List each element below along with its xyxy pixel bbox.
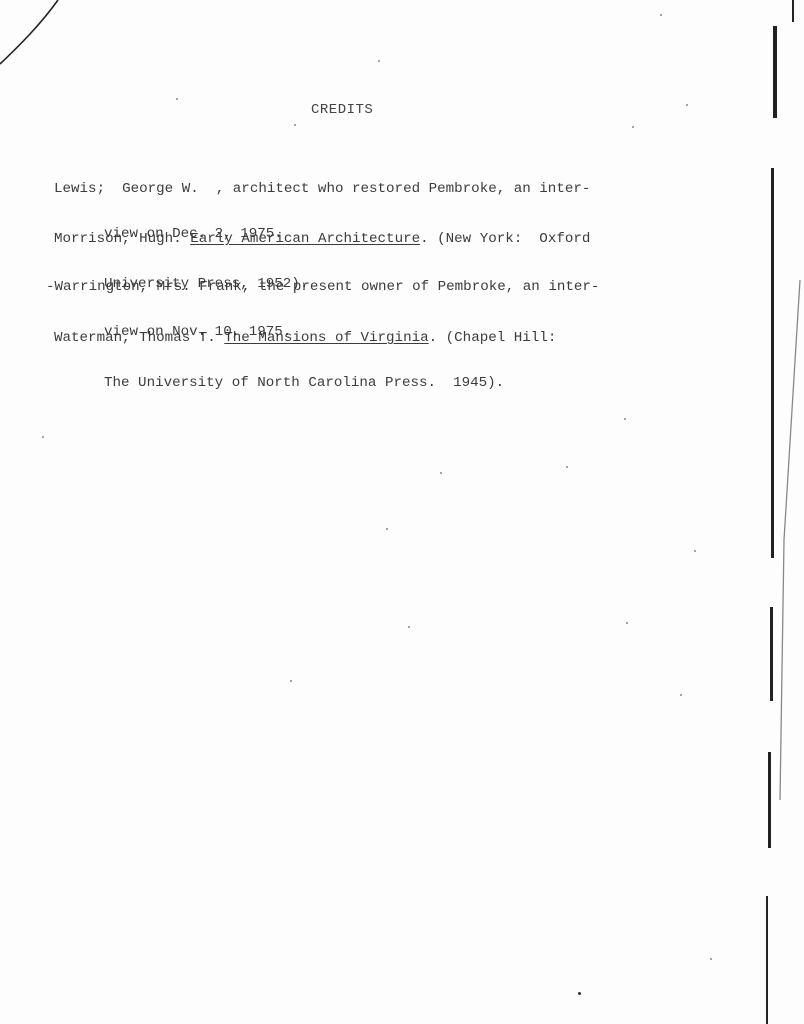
citation-book-title: The Mansions of Virginia bbox=[224, 330, 428, 346]
citation-book-title: Early American Architecture bbox=[190, 231, 420, 247]
citation-line: The University of North Carolina Press. … bbox=[54, 376, 556, 391]
paper-edge-line bbox=[770, 280, 804, 800]
citation-entry-waterman: Waterman, Thomas T. The Mansions of Virg… bbox=[54, 301, 556, 421]
citation-line: -Warrington, Mrs. Frank, the present own… bbox=[46, 280, 599, 295]
scan-edge-artifact bbox=[0, 0, 80, 70]
binding-mark bbox=[766, 896, 768, 1024]
binding-mark bbox=[792, 0, 794, 22]
citation-publisher: . (Chapel Hill: bbox=[429, 330, 557, 346]
document-page: CREDITS Lewis; George W. , architect who… bbox=[0, 0, 804, 1024]
citation-line: Lewis; George W. , architect who restore… bbox=[54, 182, 590, 197]
citation-publisher: . (New York: Oxford bbox=[420, 231, 590, 247]
page-title: CREDITS bbox=[311, 102, 373, 118]
binding-mark bbox=[773, 26, 777, 118]
citation-author: Morrison, Hugh. bbox=[54, 231, 190, 247]
citation-author: Waterman, Thomas T. bbox=[54, 330, 224, 346]
